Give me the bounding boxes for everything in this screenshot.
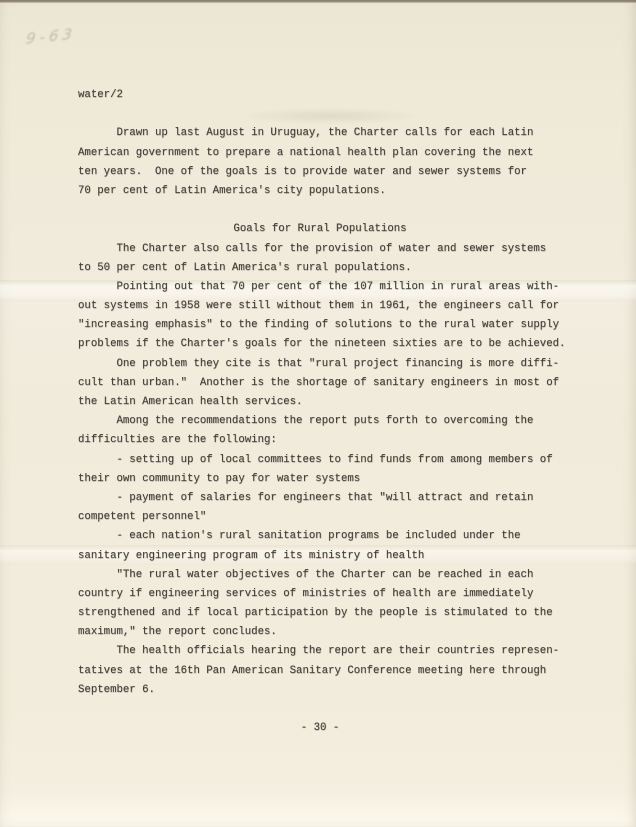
text-line: The Charter also calls for the provision…	[78, 240, 562, 259]
blank-line	[78, 201, 562, 220]
text-line: problems if the Charter's goals for the …	[78, 335, 562, 354]
text-line: to 50 per cent of Latin America's rural …	[78, 259, 562, 278]
page-end-marker: - 30 -	[78, 719, 562, 738]
text-line: - each nation's rural sanitation program…	[78, 527, 562, 546]
text-line: their own community to pay for water sys…	[78, 470, 562, 489]
text-line: One problem they cite is that "rural pro…	[78, 355, 562, 374]
text-line: Among the recommendations the report put…	[78, 412, 562, 431]
text-line: out systems in 1958 were still without t…	[78, 297, 562, 316]
text-line: ten years. One of the goals is to provid…	[78, 163, 562, 182]
text-line: the Latin American health services.	[78, 393, 562, 412]
text-line: cult than urban." Another is the shortag…	[78, 374, 562, 393]
text-line: - setting up of local committees to find…	[78, 451, 562, 470]
text-line: difficulties are the following:	[78, 431, 562, 450]
text-line: country if engineering services of minis…	[78, 585, 562, 604]
text-line: sanitary engineering program of its mini…	[78, 547, 562, 566]
text-line: competent personnel"	[78, 508, 562, 527]
typewritten-text: water/2 Drawn up last August in Uruguay,…	[78, 86, 562, 738]
text-line: 70 per cent of Latin America's city popu…	[78, 182, 562, 201]
text-line: "increasing emphasis" to the finding of …	[78, 316, 562, 335]
scanned-document-page: 9-63 water/2 Drawn up last August in Uru…	[0, 0, 636, 827]
text-line: strengthened and if local participation …	[78, 604, 562, 623]
handwritten-pencil-note: 9-63	[25, 24, 77, 48]
text-line: tatives at the 16th Pan American Sanitar…	[78, 662, 562, 681]
text-line: Pointing out that 70 per cent of the 107…	[78, 278, 562, 297]
text-line: September 6.	[78, 681, 562, 700]
text-line: The health officials hearing the report …	[78, 642, 562, 661]
text-line: - payment of salaries for engineers that…	[78, 489, 562, 508]
text-line: Drawn up last August in Uruguay, the Cha…	[78, 124, 562, 143]
text-line: "The rural water objectives of the Chart…	[78, 566, 562, 585]
page-label: water/2	[78, 86, 562, 105]
section-heading: Goals for Rural Populations	[78, 220, 562, 239]
text-line: American government to prepare a nationa…	[78, 144, 562, 163]
text-line: maximum," the report concludes.	[78, 623, 562, 642]
blank-line	[78, 700, 562, 719]
blank-line	[78, 105, 562, 124]
